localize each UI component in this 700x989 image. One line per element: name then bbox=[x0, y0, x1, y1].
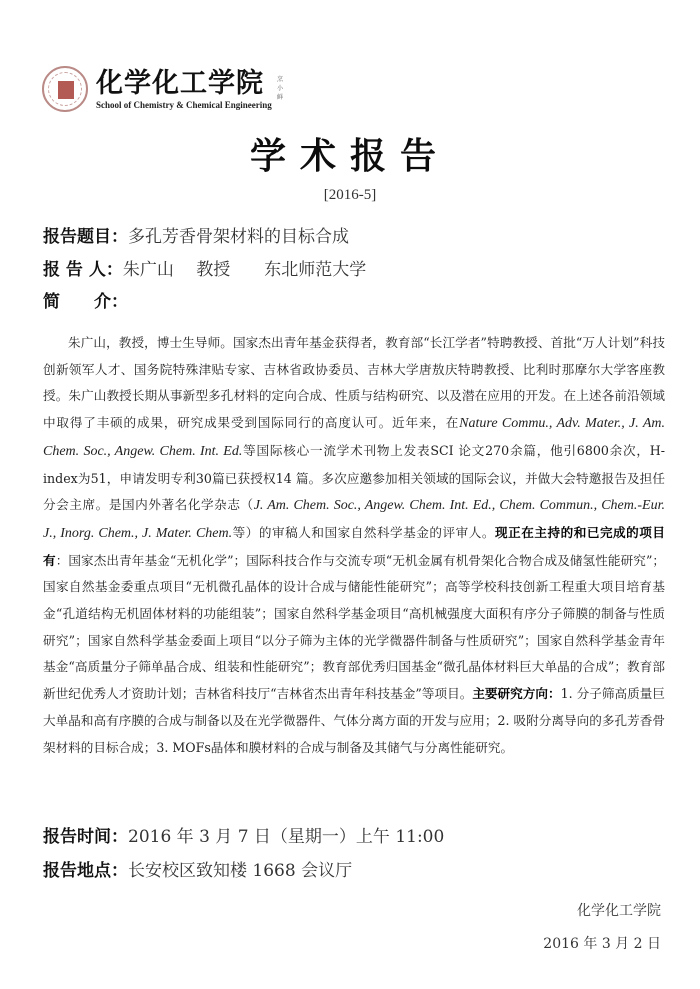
logo-chinese-name: 化学化工学院 bbox=[96, 69, 272, 99]
speaker-value: 朱广山 教授 东北师范大学 bbox=[123, 260, 366, 280]
speaker-label: 报 告 人： bbox=[43, 260, 123, 280]
research-heading: 主要研究方向： bbox=[472, 686, 560, 701]
page-title: 学术报告 bbox=[0, 128, 700, 179]
university-seal-icon bbox=[42, 66, 88, 112]
report-number: [2016-5] bbox=[0, 187, 700, 204]
speaker-field: 报 告 人：朱广山 教授 东北师范大学 bbox=[43, 259, 366, 281]
signature-organization: 化学化工学院 bbox=[577, 900, 661, 920]
time-value: 2016 年 3 月 7 日（星期一）上午 11:00 bbox=[128, 827, 444, 847]
topic-value: 多孔芳香骨架材料的目标合成 bbox=[128, 227, 349, 247]
signature-date: 2016 年 3 月 2 日 bbox=[543, 933, 661, 953]
intro-label: 简 介： bbox=[43, 292, 128, 312]
school-logo: 化学化工学院 School of Chemistry & Chemical En… bbox=[42, 66, 272, 112]
place-field: 报告地点：长安校区致知楼 1668 会议厅 bbox=[43, 860, 352, 882]
intro-field: 简 介： bbox=[43, 291, 128, 313]
time-field: 报告时间：2016 年 3 月 7 日（星期一）上午 11:00 bbox=[43, 826, 444, 848]
place-value: 长安校区致知楼 1668 会议厅 bbox=[128, 861, 352, 881]
time-label: 报告时间： bbox=[43, 827, 128, 847]
logo-english-name: School of Chemistry & Chemical Engineeri… bbox=[96, 100, 272, 110]
bio-text: 等）的审稿人和国家自然科学基金的评审人。 bbox=[232, 525, 495, 540]
topic-field: 报告题目：多孔芳香骨架材料的目标合成 bbox=[43, 226, 349, 248]
speaker-biography: 朱广山，教授，博士生导师。国家杰出青年基金获得者，教育部“长江学者”特聘教授、首… bbox=[43, 330, 665, 761]
logo-mark: 烹小鲜 bbox=[277, 74, 283, 101]
place-label: 报告地点： bbox=[43, 861, 128, 881]
topic-label: 报告题目： bbox=[43, 227, 128, 247]
bio-text: ：国家杰出青年基金“无机化学”；国际科技合作与交流专项“无机金属有机骨架化合物合… bbox=[43, 553, 665, 702]
